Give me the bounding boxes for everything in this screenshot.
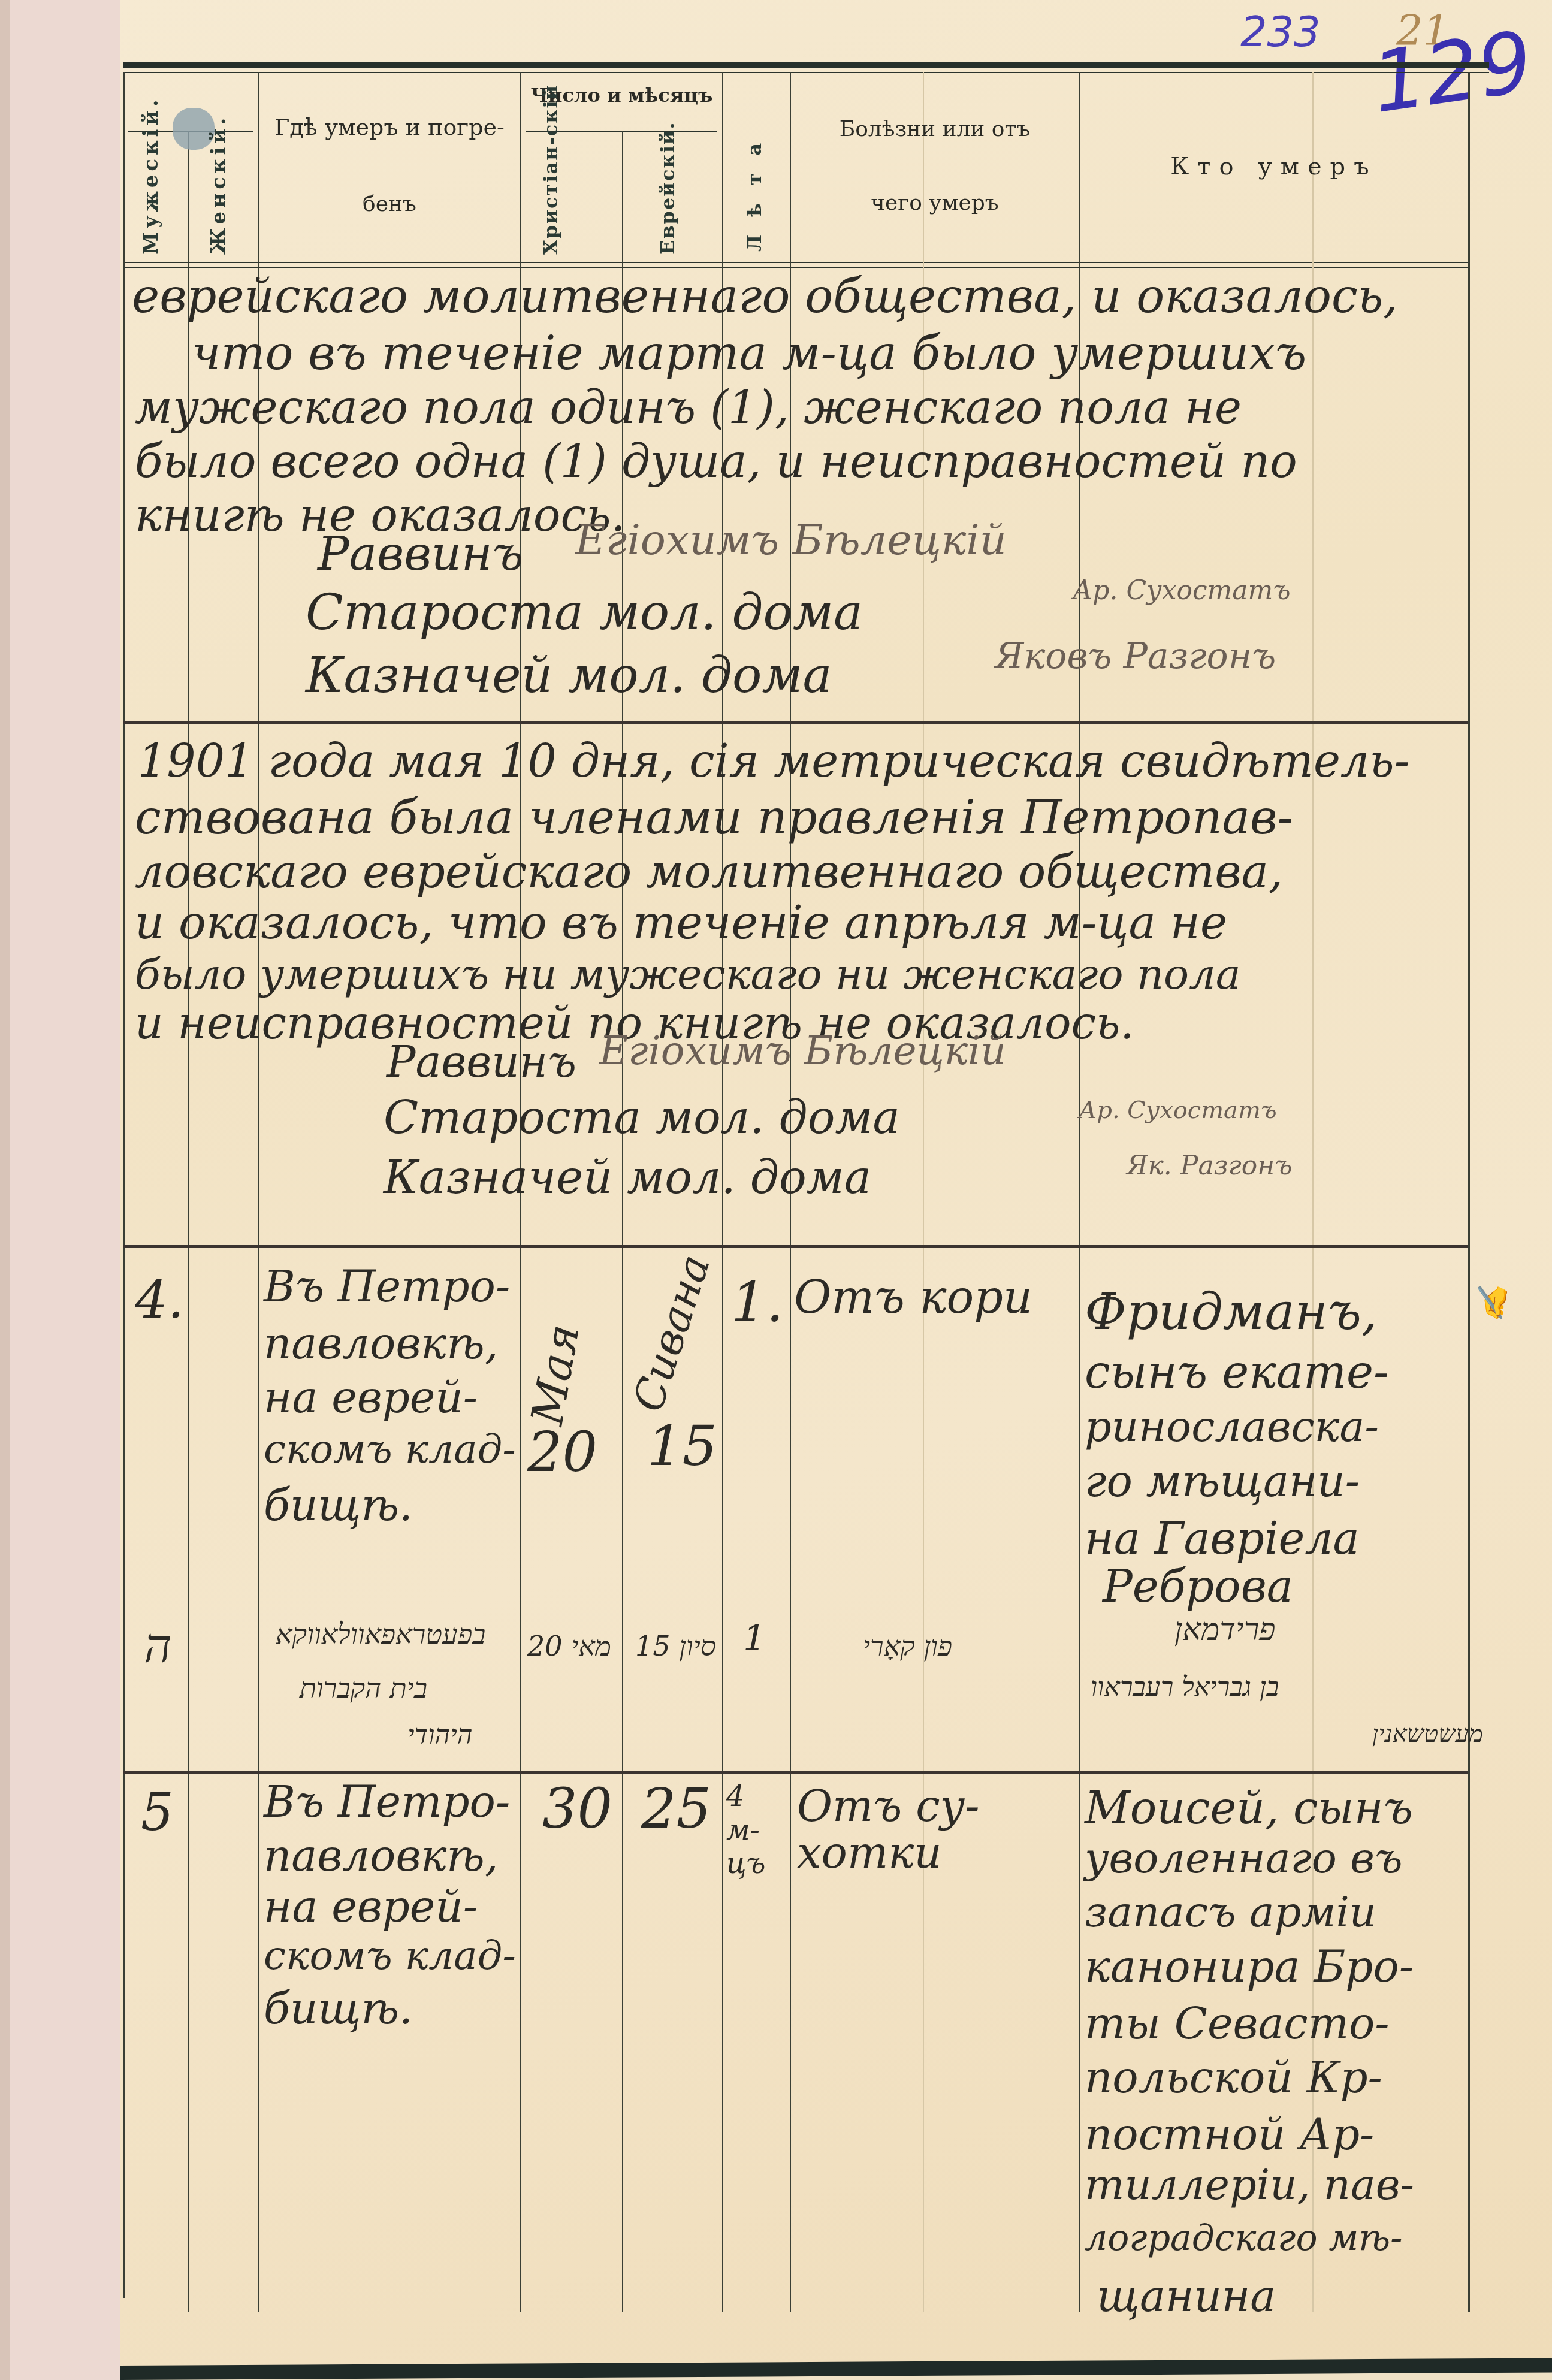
header-date-jewish: Еврейскій. <box>656 121 679 255</box>
header-age: Лѣта <box>743 125 766 252</box>
section2-line: 1901 года мая 10 дня, сія метрическая св… <box>138 734 1409 787</box>
entry-who-line: постной Ар- <box>1085 2109 1374 2159</box>
header-cause-line1: Болѣзни или отъ <box>791 117 1079 141</box>
entry-place-line: скомъ клад- <box>264 1932 516 1979</box>
section2-sig-rabbi-name: Егіохимъ Бѣлецкій <box>599 1028 1006 1074</box>
entry-who-line: щанина <box>1097 2271 1276 2321</box>
header-place-line2: бенъ <box>259 192 520 216</box>
binding-edge <box>0 0 10 2380</box>
section1-sig-rabbi-role: Раввинъ <box>318 527 523 581</box>
header-bottom-rule-2 <box>123 267 1468 268</box>
entry-who-line: на Гавріела <box>1085 1513 1360 1564</box>
header-date-christian: Христіан-скій <box>539 84 562 255</box>
hebrew-place-line: בפעטראפאוולאווקא <box>276 1618 485 1650</box>
section2-sig-rabbi-role: Раввинъ <box>387 1037 576 1087</box>
left-border <box>123 72 125 2298</box>
entry-who-line: канонира Бро- <box>1085 1941 1414 1992</box>
header-cause-line2: чего умеръ <box>791 191 1079 215</box>
hebrew-who-line: מעשטשאנין <box>1372 1720 1483 1748</box>
entry-who-line: ринославска- <box>1085 1402 1379 1451</box>
hebrew-date-jewish: סיון 15 <box>635 1630 716 1662</box>
entry-cause: Отъ су-хотки <box>797 1783 1073 1876</box>
entry-christian-day: 20 <box>527 1420 597 1484</box>
hebrew-cause: פון קאָרי <box>863 1630 952 1662</box>
section1-sig-treasurer-name: Яковъ Разгонъ <box>995 635 1276 677</box>
entry-number: 4. <box>135 1270 184 1330</box>
entry-cause: Отъ кори <box>794 1270 1032 1324</box>
header-female: Женскій. <box>207 114 231 255</box>
entry-who-line: Реброва <box>1103 1561 1293 1612</box>
header-bottom-rule <box>123 262 1468 263</box>
section1-line: мужескаго пола одинъ (1), женскаго пола … <box>135 380 1242 434</box>
entry-who-line: тиллеріи, пав- <box>1085 2160 1414 2209</box>
entry-place-line: на еврей- <box>264 1881 478 1932</box>
entry-christian-day: 30 <box>542 1777 612 1841</box>
entry-place-line: скомъ клад- <box>264 1426 516 1472</box>
entry-who-line: сынъ екате- <box>1085 1345 1389 1399</box>
hebrew-place-line: בית הקברות <box>300 1672 427 1704</box>
hebrew-date-christian: מאי 20 <box>527 1630 611 1662</box>
section2-sig-treasurer-name: Як. Разгонъ <box>1127 1150 1293 1181</box>
entry-who-line: уволеннаго въ <box>1085 1834 1403 1883</box>
section2-sig-elder-name: Ар. Сухостатъ <box>1079 1097 1277 1124</box>
binding-strip <box>0 0 120 2380</box>
entry-place-line: Въ Петро- <box>264 1261 510 1312</box>
entry-place-line: бищѣ. <box>264 1480 413 1530</box>
section2-sig-elder-role: Староста мол. дома <box>384 1091 900 1144</box>
section1-sig-elder-name: Ар. Сухостатъ <box>1073 575 1291 606</box>
hebrew-who-line: בן גבריאל רעבראוו <box>1091 1672 1279 1702</box>
row-divider <box>123 1771 1468 1774</box>
section2-line: ствована была членами правленія Петропав… <box>135 791 1293 845</box>
section1-line: было всего одна (1) душа, и неисправност… <box>135 434 1297 488</box>
section1-sig-rabbi-name: Егіохимъ Бѣлецкій <box>575 515 1007 564</box>
section-divider <box>123 1245 1468 1248</box>
hebrew-who-line: פרידמאן <box>1174 1612 1276 1648</box>
section1-line: что въ теченіе марта м-ца было умершихъ <box>192 327 1306 380</box>
entry-who-line: ты Севасто- <box>1085 1998 1390 2049</box>
hebrew-number: ה <box>144 1618 172 1674</box>
section1-sig-elder-role: Староста мол. дома <box>306 584 863 641</box>
top-thin-rule <box>123 72 1489 73</box>
section-divider <box>123 721 1468 724</box>
header-male: Мужескій. <box>139 96 163 255</box>
entry-who-line: польской Кр- <box>1085 2052 1382 2103</box>
page-number-stamp: 233 <box>1240 7 1321 56</box>
section2-line: было умершихъ ни мужескаго ни женскаго п… <box>135 950 1241 999</box>
entry-place-line: павловкѣ, <box>264 1318 499 1369</box>
section2-line: ловскаго еврейскаго молитвеннаго обществ… <box>135 845 1283 898</box>
right-border <box>1468 72 1470 2312</box>
entry-place-line: павловкѣ, <box>264 1831 499 1881</box>
entry-who-line: го мѣщани- <box>1085 1456 1360 1506</box>
header-place-line1: Гдѣ умеръ и погре- <box>259 114 520 140</box>
section1-sig-treasurer-role: Казначей мол. дома <box>306 647 832 704</box>
entry-jewish-day: 15 <box>647 1414 717 1478</box>
entry-age: 4 м-цъ <box>726 1780 786 1880</box>
hebrew-age: 1 <box>743 1618 766 1660</box>
entry-place-line: на еврей- <box>264 1372 478 1422</box>
entry-who-line: Фридманъ, <box>1085 1282 1378 1341</box>
entry-who-line: Моисей, сынъ <box>1085 1783 1413 1834</box>
entry-place-line: Въ Петро- <box>264 1777 510 1827</box>
margin-initials: ✍ <box>1471 1282 1512 1325</box>
hebrew-place-line: היהודי <box>407 1720 473 1750</box>
entry-jewish-day: 25 <box>641 1777 711 1841</box>
header-who: Кто умеръ <box>1080 153 1468 180</box>
entry-who-line: запасъ арміи <box>1085 1887 1376 1937</box>
top-thick-rule <box>123 62 1489 68</box>
entry-place-line: бищѣ. <box>264 1983 413 2034</box>
section2-sig-treasurer-role: Казначей мол. дома <box>384 1150 871 1204</box>
section1-line: еврейскаго молитвеннаго общества, и оказ… <box>132 270 1398 324</box>
entry-number: 5 <box>141 1783 174 1843</box>
section2-line: и оказалось, что въ теченіе апрѣля м-ца … <box>135 896 1227 949</box>
entry-age: 1. <box>731 1270 784 1334</box>
entry-who-line: лоградскаго мѣ- <box>1085 2217 1403 2259</box>
